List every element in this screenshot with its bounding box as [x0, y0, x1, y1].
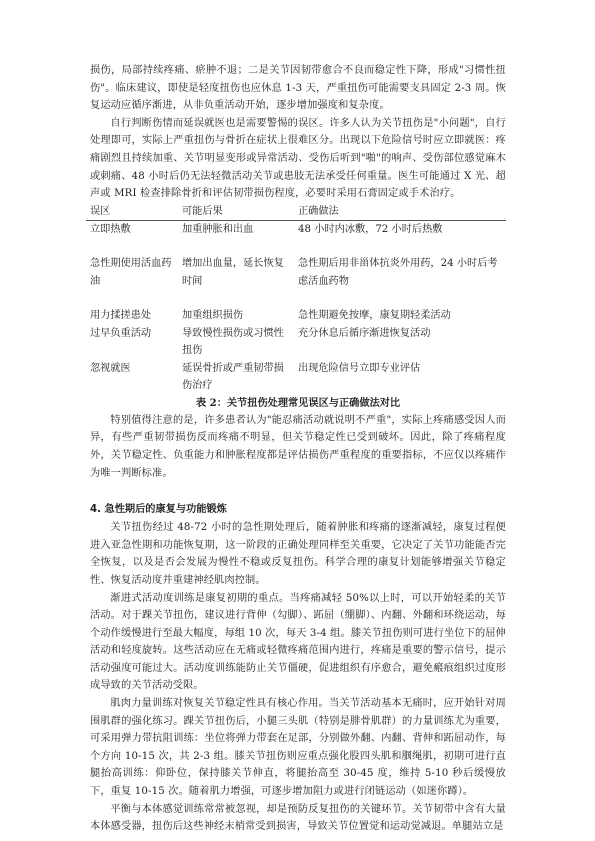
table-cell: 急性期使用活血药油: [86, 255, 178, 307]
table-cell: 48 小时内冰敷，72 小时后热敷: [294, 220, 506, 255]
table-cell: 出现危险信号立即专业评估: [294, 360, 506, 395]
body-paragraph: 肌肉力量训练对恢复关节稳定性具有核心作用。当关节活动基本无痛时，应开始针对周围肌…: [90, 695, 506, 801]
table-row: 立即热敷 加重肿胀和出血 48 小时内冰敷，72 小时后热敷: [86, 220, 506, 255]
table-cell: 增加出血量，延长恢复时间: [178, 255, 294, 307]
table-cell: 加重肿胀和出血: [178, 220, 294, 255]
misconceptions-table: 误区 可能后果 正确做法 立即热敷 加重肿胀和出血 48 小时内冰敷，72 小时…: [86, 203, 506, 395]
table-row: 急性期使用活血药油 增加出血量，延长恢复时间 急性期后用非甾体抗炎外用药，24 …: [86, 255, 506, 307]
table-cell: 急性期后用非甾体抗炎外用药，24 小时后考虑活血药物: [294, 255, 506, 307]
table-cell: 充分休息后循序渐进恢复活动: [294, 325, 506, 360]
table-header-cell: 可能后果: [178, 203, 294, 221]
body-paragraph: 特别值得注意的是，许多患者认为"能忍痛活动就说明不严重"，实际上疼痛感受因人而异…: [90, 412, 506, 482]
body-paragraph: 损伤，局部持续疼痛、瘀肿不退；二是关节因韧带愈合不良而稳定性下降，形成"习惯性扭…: [90, 62, 506, 115]
body-paragraph: 渐进式活动度训练是康复初期的重点。当疼痛减轻 50%以上时，可以开始轻柔的关节活…: [90, 590, 506, 696]
table-header-cell: 误区: [86, 203, 178, 221]
table-row: 过早负重活动 导致慢性损伤或习惯性扭伤 充分休息后循序渐进恢复活动: [86, 325, 506, 360]
table-cell: 忽视就医: [86, 360, 178, 395]
table-cell: 延误骨折或严重韧带损伤治疗: [178, 360, 294, 395]
table-cell: 用力揉搓患处: [86, 307, 178, 325]
table-cell: 立即热敷: [86, 220, 178, 255]
body-paragraph: 自行判断伤情而延误就医也是需要警惕的误区。许多人认为关节扭伤是"小问题"，自行处…: [90, 115, 506, 203]
table-cell: 导致慢性损伤或习惯性扭伤: [178, 325, 294, 360]
table-cell: 急性期避免按摩，康复期轻柔活动: [294, 307, 506, 325]
table-cell: 加重组织损伤: [178, 307, 294, 325]
section-heading: 4. 急性期后的康复与功能锻炼: [90, 501, 506, 519]
table-row: 忽视就医 延误骨折或严重韧带损伤治疗 出现危险信号立即专业评估: [86, 360, 506, 395]
table-header-cell: 正确做法: [294, 203, 506, 221]
table-cell: 过早负重活动: [86, 325, 178, 360]
body-paragraph: 平衡与本体感觉训练常常被忽视，却是预防反复扭伤的关键环节。关节韧带中含有大量本体…: [90, 801, 506, 836]
table-row: 用力揉搓患处 加重组织损伤 急性期避免按摩，康复期轻柔活动: [86, 307, 506, 325]
document-page: 损伤，局部持续疼痛、瘀肿不退；二是关节因韧带愈合不良而稳定性下降，形成"习惯性扭…: [90, 62, 506, 836]
table-caption: 表 2：关节扭伤处理常见误区与正确做法对比: [90, 395, 506, 412]
body-paragraph: 关节扭伤经过 48-72 小时的急性期处理后，随着肿胀和疼痛的逐渐减轻，康复过程…: [90, 519, 506, 589]
table-header-row: 误区 可能后果 正确做法: [86, 203, 506, 221]
